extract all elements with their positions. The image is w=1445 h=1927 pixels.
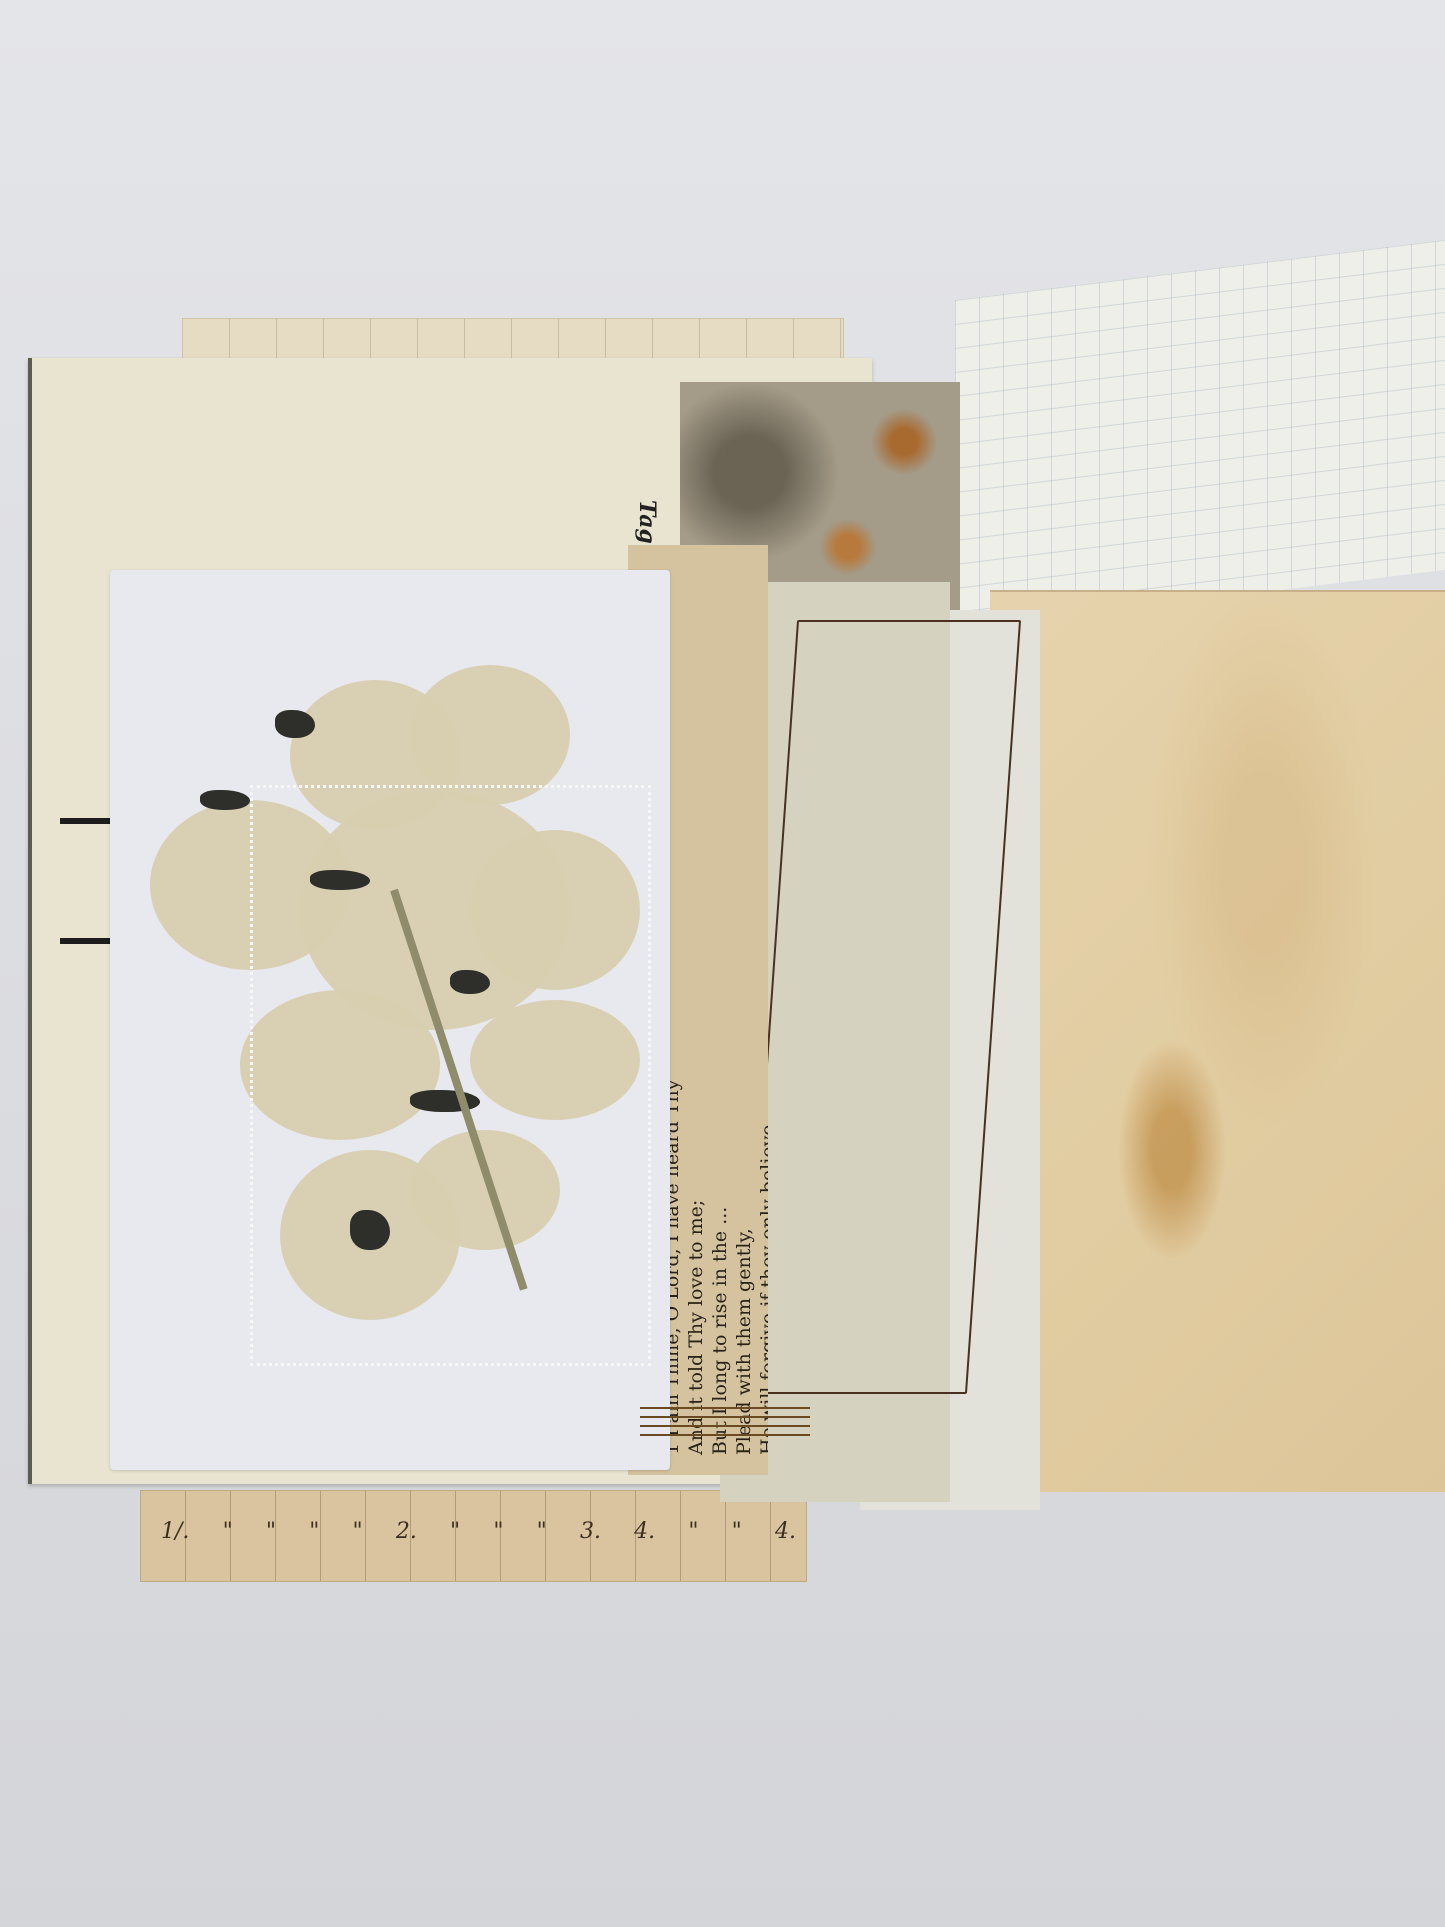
bottom-ledger-strip: 1/. " " " " 2. " " " 3. 4. " " 4. <box>140 1490 807 1582</box>
ledger-mark: 2. <box>396 1519 417 1544</box>
ledger-mark: " <box>223 1519 233 1544</box>
ledger-marks: 1/. " " " " 2. " " " 3. 4. " " 4. <box>161 1519 796 1544</box>
ledger-mark: " <box>353 1519 363 1544</box>
ink-blot <box>200 790 250 810</box>
ledger-mark: 3. <box>580 1519 601 1544</box>
aged-tea-stained-page <box>990 590 1445 1492</box>
ledger-mark: " <box>537 1519 547 1544</box>
ledger-mark: " <box>732 1519 742 1544</box>
ledger-mark: " <box>493 1519 503 1544</box>
thread-line <box>640 1425 810 1427</box>
ledger-mark: " <box>309 1519 319 1544</box>
white-stitch-frame <box>250 785 651 1366</box>
ink-blot <box>275 710 315 738</box>
ledger-mark: " <box>688 1519 698 1544</box>
ledger-mark: 4. <box>634 1519 655 1544</box>
thread-line <box>640 1407 810 1409</box>
thread-line <box>640 1434 810 1436</box>
ledger-mark: 1/. <box>161 1519 189 1544</box>
ledger-mark: 4. <box>775 1519 796 1544</box>
thread-line <box>640 1416 810 1418</box>
ledger-mark: " <box>450 1519 460 1544</box>
leaf-print-paper <box>110 570 670 1470</box>
grid-paper-page <box>955 240 1445 630</box>
printed-tag: Tag <box>634 500 660 544</box>
leaf-print <box>410 665 570 805</box>
brown-thread-stitches <box>640 1400 810 1460</box>
ledger-mark: " <box>266 1519 276 1544</box>
